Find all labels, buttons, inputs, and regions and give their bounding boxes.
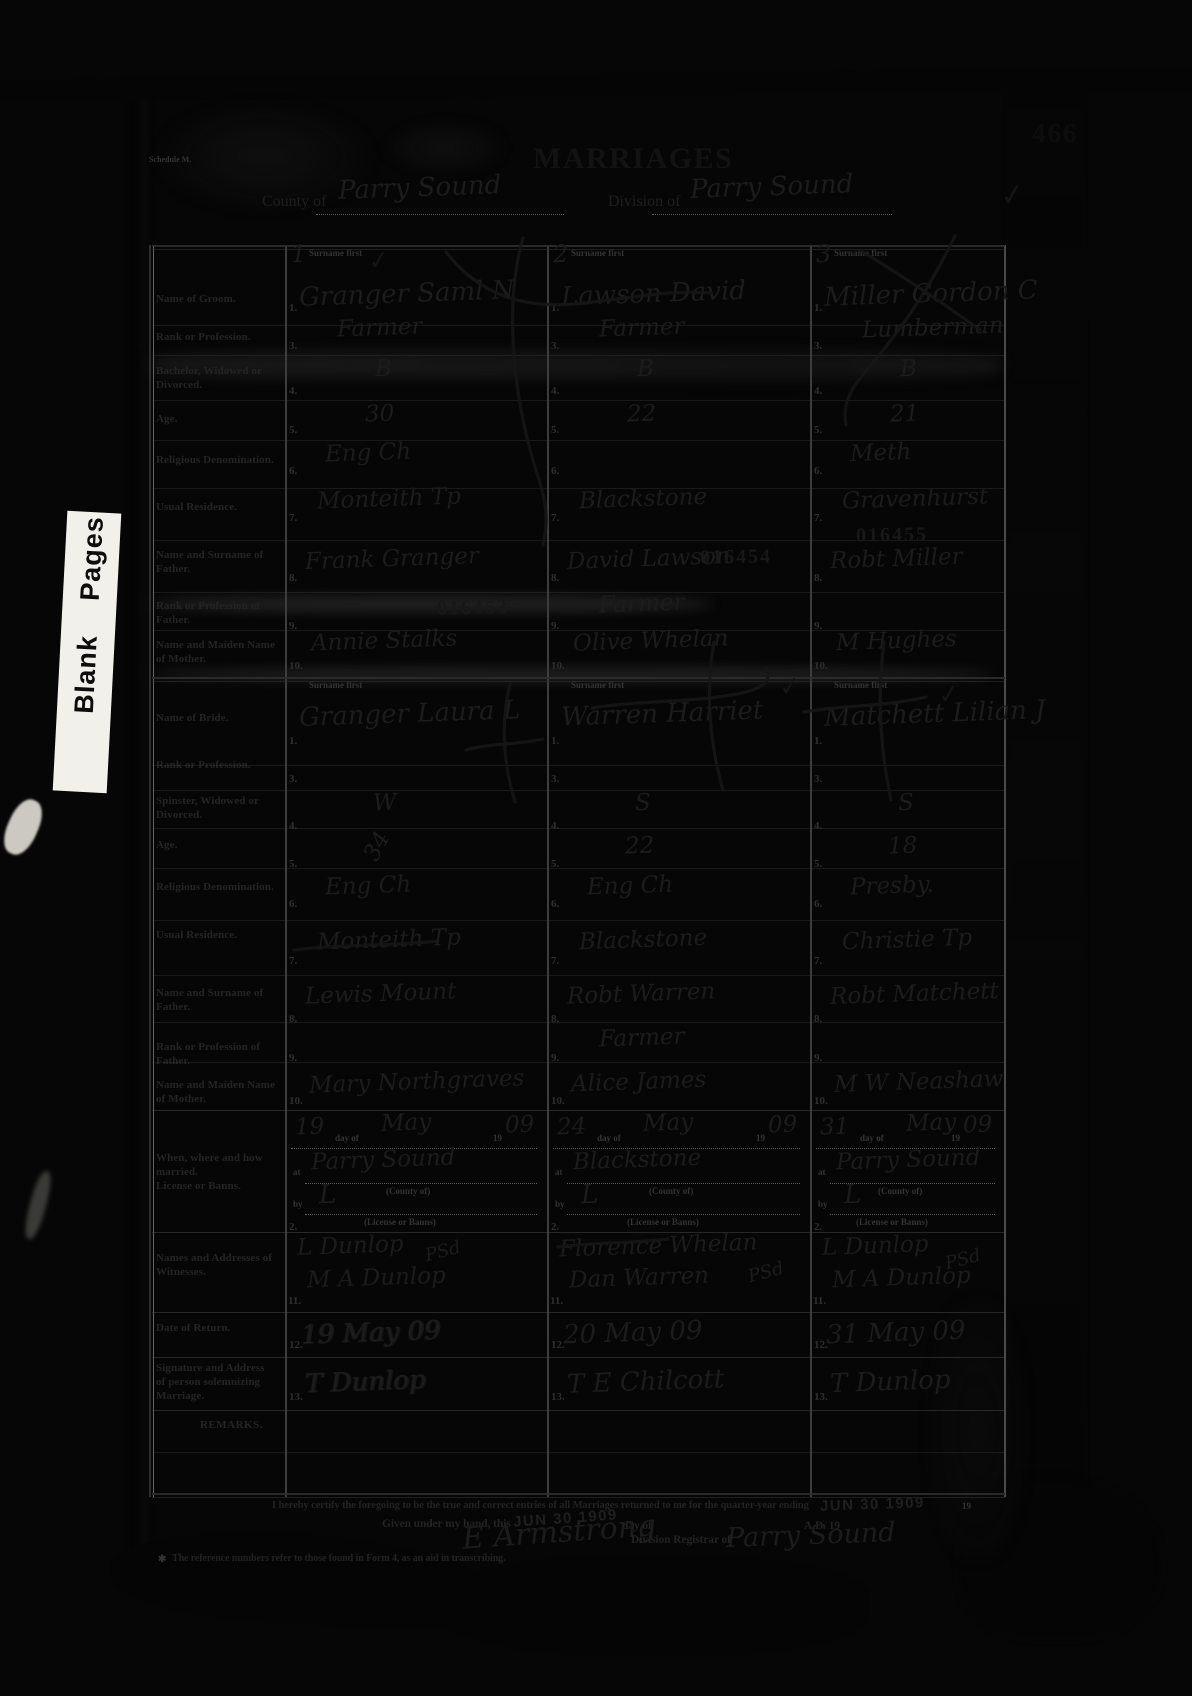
label-groom-age: Age. [156,413,280,427]
division-underline [652,194,892,215]
groom-residence-entry: Blackstone [579,486,708,513]
table-column-line [153,245,154,1497]
label-groom-father-profession: Rank or Profession of Father. [156,600,280,628]
label-groom-mother: Name and Maiden Name of Mother. [156,639,280,667]
row-number: 5. [551,424,559,436]
table-section-line [152,677,1005,679]
column-number-handwritten: 1 [291,242,307,267]
row-number: 8. [289,572,297,584]
microfilm-scan: Blank Pages Schedule M. MARRIAGES 466 ✓ … [0,0,1192,1696]
table-section-line [152,245,1005,247]
table-row-line [152,1410,1005,1411]
groom-profession-entry: Farmer [337,316,423,342]
row-number: 8. [551,572,559,584]
groom-age-entry: 30 [365,402,395,426]
row-number: 5. [289,424,297,436]
label-bride-age: Age. [156,839,280,853]
bride-name-entry: Warren Harriet [561,697,764,730]
record-stamp: 016455 [856,523,928,547]
check-mark: ✓ [998,176,1028,214]
row-number: 7. [289,512,297,524]
label-groom-father: Name and Surname of Father. [156,549,280,577]
label-license-banns: License or Banns. [156,1180,280,1194]
surname-first-header: Surname first [571,680,624,690]
label-groom-profession: Rank or Profession. [156,331,280,345]
label-name-of-bride: Name of Bride. [156,712,280,726]
label-name-of-groom: Name of Groom. [156,293,280,307]
witness-name-entry: L Dunlop [822,1233,929,1260]
row-number: 10. [814,660,828,672]
groom-mother-entry: Annie Stalks [311,627,458,655]
groom-mother-entry: Olive Whelan [573,627,729,655]
table-column-line [149,245,151,1497]
table-row-line [152,1062,1005,1063]
row-number: 6. [551,898,559,910]
row-number: 10. [551,1095,565,1107]
row-number: 6. [814,465,822,477]
label-bride-residence: Usual Residence. [156,929,280,943]
bride-father-profession-entry: Farmer [599,1026,685,1052]
blank-pages-marker: Blank Pages [53,511,122,793]
groom-father-profession-entry: Farmer [599,592,685,618]
table-row-line [152,828,1005,829]
row-number: 7. [551,512,559,524]
groom-age-entry: 22 [627,402,657,426]
row-number: 13. [551,1391,565,1403]
by-label: by [818,1199,828,1209]
row-number: 3. [289,773,297,785]
year-prefix: 19 [962,1501,971,1511]
row-number: 5. [289,858,297,870]
groom-age-entry: 21 [890,402,920,426]
row-number: 3. [814,773,822,785]
row-number: 10. [289,660,303,672]
married-place-underline [567,1163,800,1184]
column-number-handwritten: 2 [553,242,569,267]
row-number: 9. [551,1052,559,1064]
bride-status-entry: S [635,792,652,816]
label-solemnizing: Signature and Address of person solemniz… [156,1362,270,1403]
date-of-return-entry: 20 May 09 [563,1318,703,1349]
label-groom-status: Bachelor, Widowed or Divorced. [156,365,280,393]
groom-profession-entry: Lumberman [862,315,1004,343]
table-column-line [285,245,287,1497]
groom-mother-entry: M Hughes [836,628,957,655]
film-scratch [0,794,48,859]
row-number: 1. [814,735,822,747]
page-number: 466 [1032,118,1079,149]
solemnizer-signature-entry: T Dunlop [305,1367,426,1397]
bride-status-entry: W [373,792,397,816]
table-row-line [152,1110,1005,1111]
label-bride-mother: Name and Maiden Name of Mother. [156,1079,280,1107]
record-stamp: 016453 [437,596,509,620]
groom-residence-entry: Monteith Tp [317,485,462,513]
solemnizer-signature-entry: T E Chilcott [567,1366,725,1397]
table-row-line [152,1022,1005,1023]
row-number: 5. [814,424,822,436]
married-place-underline [305,1163,537,1184]
row-number: 13. [289,1391,303,1403]
bride-religion-entry: Eng Ch [587,874,674,900]
at-label: at [818,1167,826,1177]
table-row-line [152,765,1005,766]
row-number: 2. [814,1221,822,1233]
bride-religion-entry: Presby. [850,874,935,900]
table-column-line [810,245,812,1497]
bride-father-entry: Lewis Mount [305,980,457,1008]
bride-religion-entry: Eng Ch [325,874,412,900]
row-number: 9. [814,1052,822,1064]
row-number: 7. [289,955,297,967]
row-number: 8. [814,1013,822,1025]
registrar-place-handwritten: Parry Sound [726,1519,896,1552]
bride-age-entry: 22 [625,834,655,858]
label-bride-status: Spinster, Widowed or Divorced. [156,795,280,823]
table-row-line [152,400,1005,401]
surname-first-header: Surname first [309,248,362,258]
groom-name-entry: Lawson David [561,278,747,310]
table-column-line [1004,245,1006,1497]
row-number: 11. [288,1295,301,1307]
row-number: 4. [551,385,559,397]
married-by-underline [305,1194,537,1215]
row-number: 3. [814,340,822,352]
row-number: 1. [814,302,822,314]
bride-father-entry: Robt Warren [567,980,716,1008]
license-banns-label: (License or Banns) [364,1217,436,1227]
row-number: 4. [814,385,822,397]
row-number: 3. [551,773,559,785]
bride-age-entry: 18 [888,834,918,858]
groom-profession-entry: Farmer [599,316,685,342]
groom-residence-entry: Gravenhurst [842,485,989,513]
label-when-married: When, where and how married. [156,1152,280,1180]
bride-residence-entry: Monteith Tp [317,926,462,954]
check-mark: ✓ [366,245,392,278]
row-number: 6. [814,898,822,910]
table-row-line [152,1452,1005,1453]
groom-status-entry: B [637,358,655,382]
groom-status-entry: B [900,358,918,382]
groom-name-entry: Miller Gordon C [824,277,1038,310]
surname-first-header: Surname first [834,248,887,258]
bride-father-entry: Robt Matchett [830,980,999,1009]
table-row-line [152,975,1005,976]
row-number: 10. [814,1095,828,1107]
row-number: 8. [551,1013,559,1025]
row-number: 7. [814,512,822,524]
table-column-line [547,245,549,1497]
film-scratch [21,1169,55,1241]
label-bride-father-profession: Rank or Profession of Father. [156,1041,280,1069]
by-label: by [555,1199,565,1209]
label-bride-religion: Religious Denomination. [156,881,280,895]
groom-name-entry: Granger Saml N [299,277,515,311]
row-number: 1. [289,735,297,747]
table-row-line [152,355,1005,356]
witness-name-entry: L Dunlop [297,1233,404,1260]
table-row-line [152,592,1005,593]
groom-status-entry: B [375,358,393,382]
solemnizer-signature-entry: T Dunlop [830,1367,951,1397]
page-title: MARRIAGES [533,142,733,176]
row-number: 9. [551,620,559,632]
row-number: 6. [289,465,297,477]
label-date-of-return: Date of Return. [156,1322,280,1336]
footnote-text: The reference numbers refer to those fou… [172,1553,505,1564]
reference-mark: ✱ [158,1554,166,1565]
schedule-label: Schedule M. [149,155,191,164]
bride-mother-entry: M W Neashaw [834,1068,1004,1097]
label-remarks: REMARKS. [200,1419,324,1433]
row-number: 11. [813,1295,826,1307]
check-mark: ✓ [777,671,803,704]
bride-status-entry: S [898,792,915,816]
row-number: 5. [814,858,822,870]
certification-text: I hereby certify the foregoing to be the… [272,1500,809,1511]
row-number: 4. [289,820,297,832]
table-row-line [152,1312,1005,1313]
married-by-underline [567,1194,800,1215]
married-by-underline [830,1194,995,1215]
bottom-frame-edge [440,1556,870,1656]
at-label: at [555,1167,563,1177]
groom-father-entry: Frank Granger [305,545,480,574]
row-number: 2. [551,1221,559,1233]
record-stamp: 016454 [700,545,772,569]
row-number: 4. [551,820,559,832]
label-witnesses: Names and Addresses of Witnesses. [156,1252,280,1280]
row-number: 2. [289,1221,297,1233]
license-banns-label: (License or Banns) [856,1217,928,1227]
row-number: 1. [551,302,559,314]
groom-religion-entry: Eng Ch [325,441,412,467]
table-row-line [152,1357,1005,1358]
table-section-line [152,1493,1005,1495]
table-row-line [152,920,1005,921]
label-bride-father: Name and Surname of Father. [156,987,280,1015]
surname-first-header: Surname first [309,680,362,690]
row-number: 9. [289,620,297,632]
table-row-line [152,868,1005,869]
witness-name-entry: Dan Warren [569,1265,710,1293]
row-number: 3. [551,340,559,352]
license-banns-label: (License or Banns) [627,1217,699,1227]
by-label: by [293,1199,303,1209]
witness-name-entry: M A Dunlop [832,1265,971,1293]
bride-residence-entry: Christie Tp [842,927,973,955]
bride-residence-entry: Blackstone [579,927,708,954]
row-number: 1. [289,302,297,314]
check-mark: ✓ [936,679,962,712]
county-underline [316,194,564,215]
division-registrar-label: Division Registrar of [631,1534,731,1546]
bride-mother-entry: Alice James [571,1069,707,1097]
table-row-line [152,790,1005,791]
row-number: 10. [289,1095,303,1107]
row-number: 13. [814,1391,828,1403]
row-number: 5. [551,858,559,870]
row-number: 7. [814,955,822,967]
surname-first-header: Surname first [571,248,624,258]
blank-pages-label: Blank Pages [68,515,109,714]
row-number: 6. [289,898,297,910]
row-number: 1. [551,735,559,747]
label-groom-religion: Religious Denomination. [156,454,280,468]
row-number: 6. [551,465,559,477]
row-number: 4. [289,385,297,397]
row-number: 4. [814,820,822,832]
row-number: 8. [814,572,822,584]
row-number: 10. [551,660,565,672]
date-of-return-entry: 31 May 09 [826,1318,966,1349]
date-of-return-entry: 19 May 09 [301,1318,441,1349]
bride-name-entry: Matchett Lilian J [824,697,1046,731]
row-number: 11. [550,1295,563,1307]
row-number: 8. [289,1013,297,1025]
row-number: 3. [289,340,297,352]
bride-name-entry: Granger Laura L [299,697,521,731]
row-number: 7. [551,955,559,967]
at-label: at [293,1167,301,1177]
column-number-handwritten: 3 [816,242,832,267]
row-number: 9. [814,620,822,632]
surname-first-header: Surname first [834,680,887,690]
witness-name-entry: M A Dunlop [307,1265,446,1293]
label-groom-residence: Usual Residence. [156,501,280,515]
row-number: 9. [289,1052,297,1064]
groom-father-entry: Robt Miller [830,546,963,574]
groom-religion-entry: Meth [850,441,912,466]
